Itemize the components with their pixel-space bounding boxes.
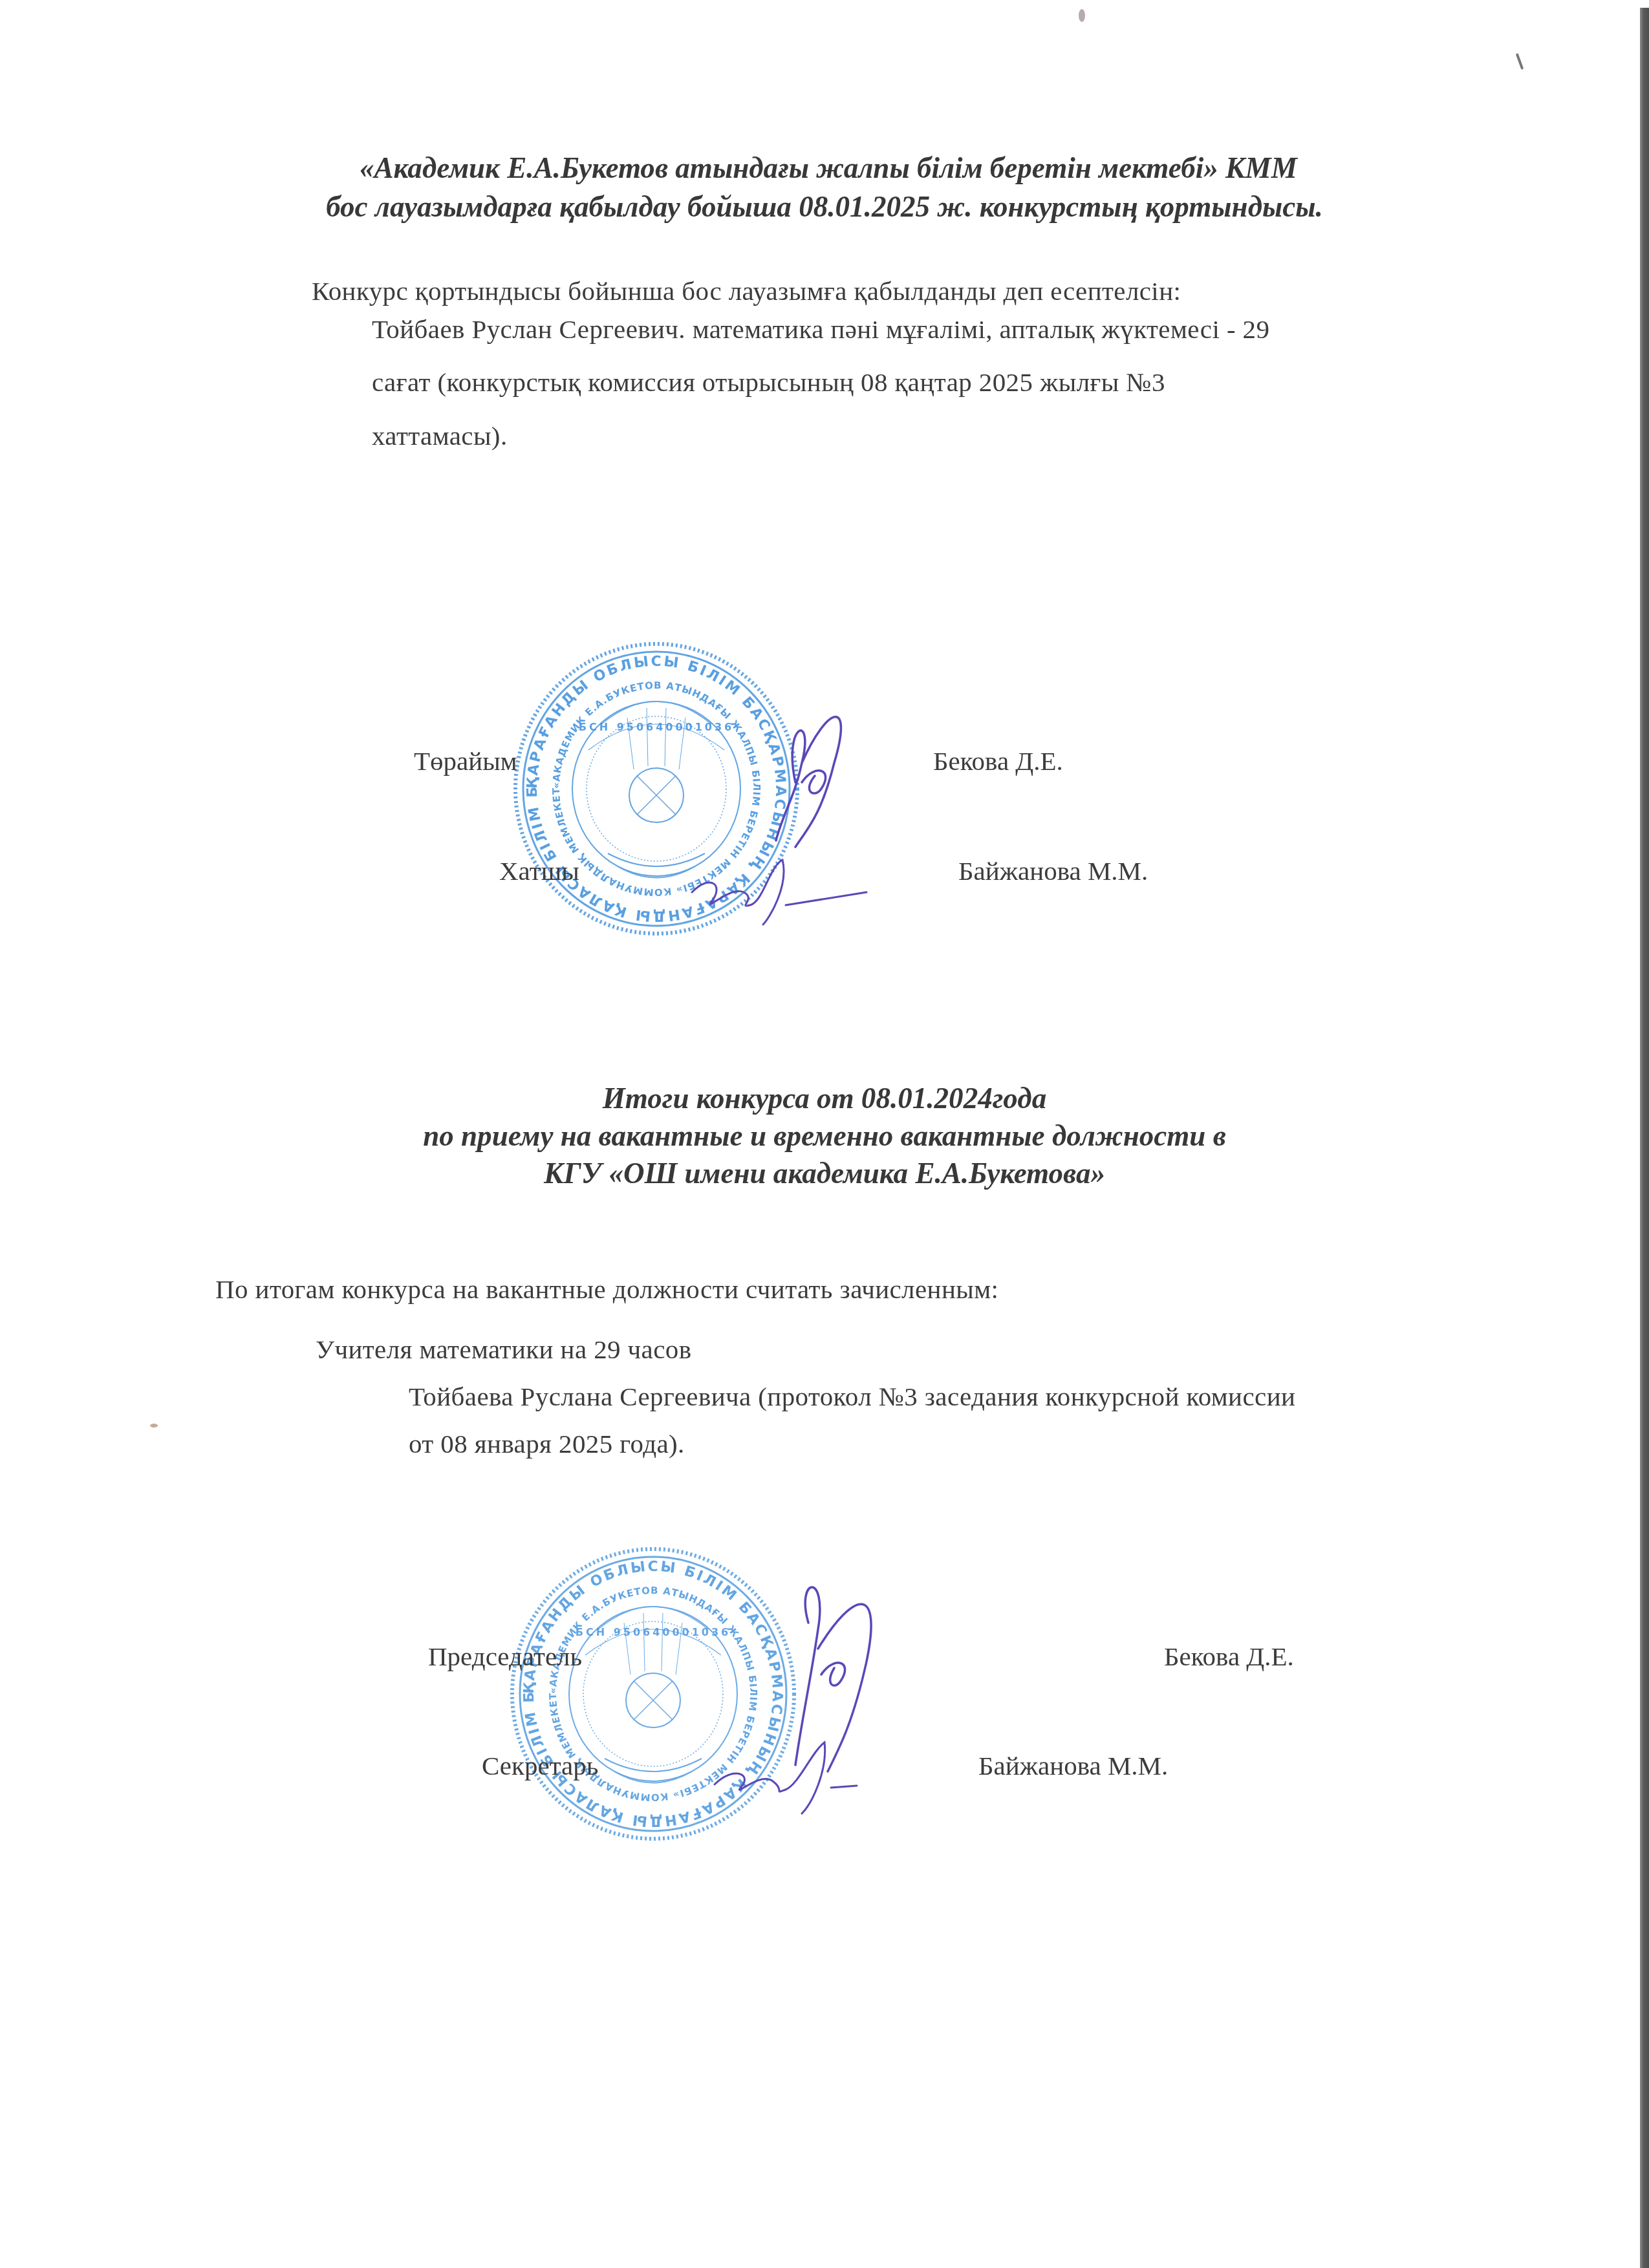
- kz-heading-line-2: бос лауазымдарға қабылдау бойыша 08.01.2…: [17, 187, 1633, 226]
- ru-heading: Итоги конкурса от 08.01.2024года по прие…: [17, 1080, 1633, 1192]
- ru-intro: По итогам конкурса на вакантные должност…: [215, 1274, 998, 1305]
- scan-speck: [150, 1424, 158, 1428]
- kz-secretary-label: Хатшы: [499, 855, 579, 886]
- ru-chair-name: Бекова Д.Е.: [1164, 1641, 1294, 1672]
- kz-chair-name: Бекова Д.Е.: [933, 745, 1063, 776]
- ru-heading-line-1: Итоги конкурса от 08.01.2024года: [17, 1080, 1633, 1117]
- ru-body-line-2: от 08 января 2025 года).: [409, 1428, 685, 1459]
- ru-heading-line-3: КГУ «ОШ имени академика Е.А.Букетова»: [17, 1155, 1633, 1192]
- svg-text:БСН 950640001036: БСН 950640001036: [576, 1626, 731, 1638]
- ru-secretary-name: Байжанова М.М.: [978, 1750, 1168, 1781]
- secretary-signature: [673, 847, 873, 931]
- ru-position: Учителя математики на 29 часов: [316, 1334, 691, 1365]
- kz-heading: «Академик Е.А.Букетов атындағы жалпы біл…: [17, 149, 1633, 226]
- ru-chair-label: Председатель: [428, 1641, 582, 1672]
- chair-signature: [705, 685, 873, 853]
- secretary-signature: [702, 1733, 889, 1817]
- kz-heading-line-1: «Академик Е.А.Букетов атындағы жалпы біл…: [17, 149, 1633, 187]
- scanner-edge-shadow: [1640, 8, 1649, 2268]
- ru-heading-line-2: по приему на вакантные и временно вакант…: [17, 1117, 1633, 1155]
- scan-speck: [1516, 53, 1524, 70]
- kz-body-line-1: Тойбаев Руслан Сергеевич. математика пән…: [372, 314, 1269, 345]
- kz-chair-label: Төрайым: [414, 745, 517, 776]
- kz-intro: Конкурс қортындысы бойынша бос лауазымға…: [312, 275, 1181, 306]
- ru-body-line-1: Тойбаева Руслана Сергеевича (протокол №3…: [409, 1381, 1295, 1412]
- scan-speck: [1079, 9, 1085, 22]
- kz-body-line-2: сағат (конкурстық комиссия отырысының 08…: [372, 367, 1165, 398]
- kz-secretary-name: Байжанова М.М.: [958, 855, 1148, 886]
- ru-secretary-label: Секретарь: [482, 1750, 598, 1781]
- kz-body-line-3: хаттамасы).: [372, 420, 508, 451]
